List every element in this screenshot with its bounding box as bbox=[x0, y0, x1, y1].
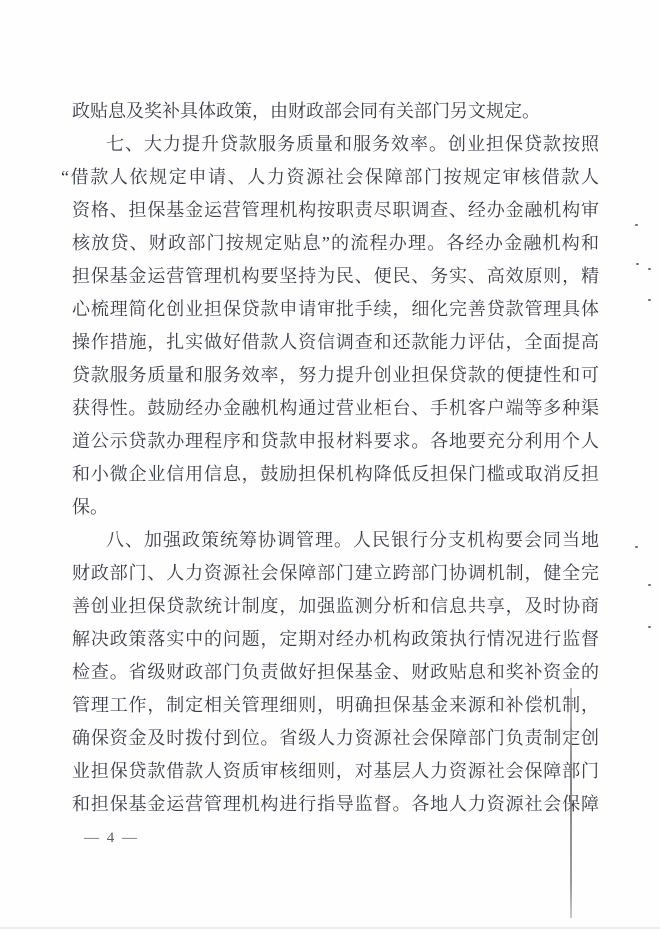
text-line: “借款人依规定申请、人力资源社会保障部门按规定审核借款人 bbox=[61, 161, 599, 194]
text-line: 政贴息及奖补具体政策，由财政部会同有关部门另文规定。 bbox=[72, 95, 599, 128]
text-line: 检查。省级财政部门负责做好担保基金、财政贴息和奖补资金的 bbox=[72, 656, 599, 689]
text-line: 操作措施，扎实做好借款人资信调查和还款能力评估，全面提高 bbox=[72, 326, 599, 359]
text-line: 核放贷、财政部门按规定贴息”的流程办理。各经办金融机构和 bbox=[72, 227, 599, 260]
scan-speck bbox=[635, 546, 638, 548]
scan-speck bbox=[635, 224, 638, 226]
text-line: 善创业担保贷款统计制度，加强监测分析和信息共享，及时协商 bbox=[72, 590, 599, 623]
text-line: 获得性。鼓励经办金融机构通过营业柜台、手机客户端等多种渠 bbox=[72, 392, 599, 425]
scan-speck bbox=[648, 299, 651, 301]
text-line: 担保基金运营管理机构要坚持为民、便民、务实、高效原则，精 bbox=[72, 260, 599, 293]
page-number: — 4 — bbox=[84, 830, 139, 847]
document-page: 政贴息及奖补具体政策，由财政部会同有关部门另文规定。 七、大力提升贷款服务质量和… bbox=[0, 0, 660, 929]
scan-speck bbox=[636, 263, 639, 265]
text-line: 资格、担保基金运营管理机构按职责尽职调查、经办金融机构审 bbox=[72, 194, 599, 227]
text-line: 财政部门、人力资源社会保障部门建立跨部门协调机制，健全完 bbox=[72, 557, 599, 590]
document-text-block: 政贴息及奖补具体政策，由财政部会同有关部门另文规定。 七、大力提升贷款服务质量和… bbox=[72, 95, 599, 821]
text-line: 确保资金及时拨付到位。省级人力资源社会保障部门负责制定创 bbox=[72, 722, 599, 755]
text-line: 和小微企业信用信息，鼓励担保机构降低反担保门槛或取消反担 bbox=[72, 458, 599, 491]
text-line-section-heading-8: 八、加强政策统筹协调管理。人民银行分支机构要会同当地 bbox=[72, 524, 599, 557]
text-line: 解决政策落实中的问题，定期对经办机构政策执行情况进行监督 bbox=[72, 623, 599, 656]
text-line: 业担保贷款借款人资质审核细则，对基层人力资源社会保障部门 bbox=[72, 755, 599, 788]
text-line: 管理工作，制定相关管理细则，明确担保基金来源和补偿机制， bbox=[72, 689, 599, 722]
text-line-section-heading-7: 七、大力提升贷款服务质量和服务效率。创业担保贷款按照 bbox=[72, 128, 599, 161]
scan-speck bbox=[648, 626, 651, 628]
text-line: 道公示贷款办理程序和贷款申报材料要求。各地要充分利用个人 bbox=[72, 425, 599, 458]
text-line: 心梳理简化创业担保贷款申请审批手续，细化完善贷款管理具体 bbox=[72, 293, 599, 326]
text-line: 保。 bbox=[72, 491, 599, 524]
text-line: 贷款服务质量和服务效率，努力提升创业担保贷款的便捷性和可 bbox=[72, 359, 599, 392]
fold-crease-line bbox=[570, 688, 572, 918]
scan-speck bbox=[648, 584, 651, 586]
text-line: 和担保基金运营管理机构进行指导监督。各地人力资源社会保障 bbox=[72, 788, 599, 821]
scan-speck bbox=[648, 268, 651, 270]
